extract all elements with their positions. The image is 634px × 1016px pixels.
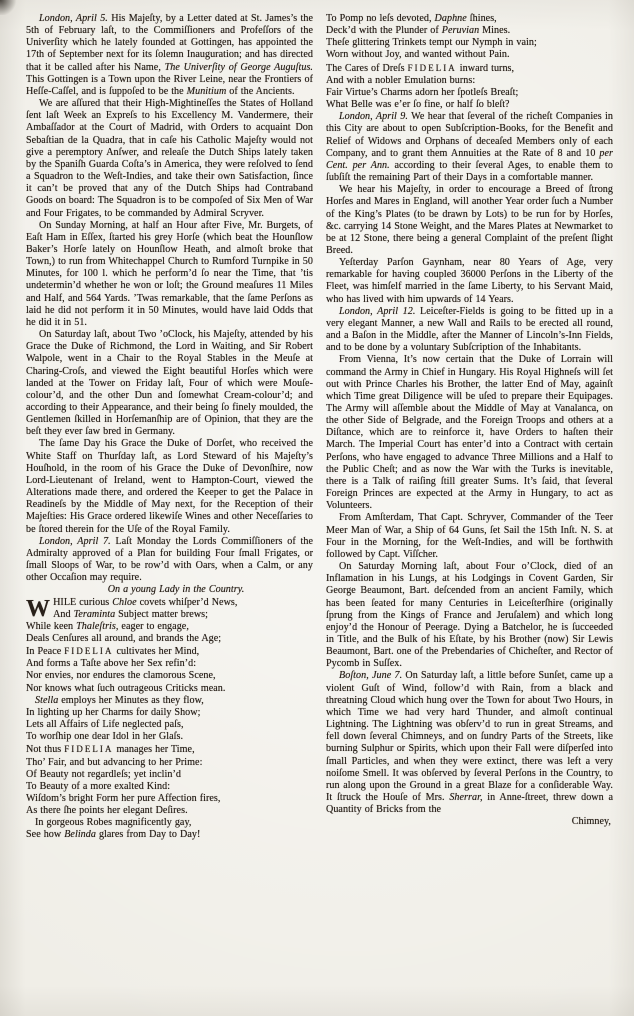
section-heading: On a young Lady in the Country. xyxy=(26,584,313,596)
body-text: Nor envies, nor endures the clamorous Sc… xyxy=(26,670,216,681)
body-text: And forms a Taſte above her Sex refin’d: xyxy=(26,658,196,669)
body-text: Tho’ Fair, and but advancing to her Prim… xyxy=(26,757,202,768)
body-text: Deck’d with the Plunder of xyxy=(326,25,442,36)
italic-text: Munitium xyxy=(187,86,227,97)
spaced-caps-name: FIDELIA xyxy=(64,646,113,656)
italic-text: Stella xyxy=(35,695,58,706)
paragraph: London, April 9. We hear that ſeveral of… xyxy=(326,111,613,184)
poem-line: Of Beauty not regardleſs; yet inclin’d xyxy=(26,769,313,781)
paragraph: On Saturday laſt, about Two ’oClock, his… xyxy=(26,329,313,438)
poem-line: In Peace FIDELIA cultivates her Mind, xyxy=(26,645,313,658)
body-text: cultivates her Mind, xyxy=(113,646,199,657)
spaced-caps-name: FIDELIA xyxy=(64,744,113,754)
body-text: Not thus xyxy=(26,744,64,755)
body-text: The Cares of Dreſs xyxy=(326,63,408,74)
body-text: covets whiſper’d News, xyxy=(137,597,238,608)
body-text: Yeſterday Parſon Gaynham, near 80 Years … xyxy=(326,257,613,304)
body-text: Deals Cenſures all around, and brands th… xyxy=(26,633,221,644)
italic-text: On a young Lady in the Country. xyxy=(108,584,245,595)
body-text: On Saturday Morning laſt, about Four o’C… xyxy=(326,561,613,669)
paragraph: We hear his Majeſty, in order to encoura… xyxy=(326,184,613,257)
body-text: We hear his Majeſty, in order to encoura… xyxy=(326,184,613,256)
paragraph: Boſton, June 7. On Saturday laſt, a litt… xyxy=(326,670,613,816)
italic-text: Daphne xyxy=(435,13,467,24)
body-text: Of Beauty not regardleſs; yet inclin’d xyxy=(26,769,181,780)
body-text: inward turns, xyxy=(457,63,514,74)
paragraph: From Amſterdam, That Capt. Schryver, Com… xyxy=(326,512,613,561)
poem-line: To Beauty of a more exalted Kind: xyxy=(26,781,313,793)
poem-line: In gorgeous Robes magnificently gay, xyxy=(26,817,313,829)
poem-line: Theſe glittering Trinkets tempt our Nymp… xyxy=(326,37,613,49)
body-text: Subject matter brews; xyxy=(115,609,208,620)
body-text: Mines. xyxy=(479,25,510,36)
poem-line: Deck’d with the Plunder of Peruvian Mine… xyxy=(326,25,613,37)
italic-text: Sherrar, xyxy=(449,792,482,803)
paragraph: London, April 5. His Majeſty, by a Lette… xyxy=(26,13,313,98)
body-text: On Saturday laſt, about Two ’oClock, his… xyxy=(26,329,313,437)
catchword: Chimney, xyxy=(326,816,613,828)
body-text: HILE curious xyxy=(53,597,112,608)
body-text: To Beauty of a more exalted Kind: xyxy=(26,781,170,792)
scan-corner-smudge xyxy=(0,0,17,15)
poem-line: And forms a Taſte above her Sex refin’d: xyxy=(26,658,313,670)
drop-cap: W xyxy=(26,597,53,620)
body-text: Theſe glittering Trinkets tempt our Nymp… xyxy=(326,37,537,48)
poem: WHILE curious Chloe covets whiſper’d New… xyxy=(26,597,313,842)
body-text: , eager to engage, xyxy=(116,621,189,632)
poem-line: As there ſhe points her elegant Deſires. xyxy=(26,805,313,817)
left-column: London, April 5. His Majeſty, by a Lette… xyxy=(26,13,313,1007)
newspaper-page: London, April 5. His Majeſty, by a Lette… xyxy=(0,0,634,1016)
paragraph: London, April 12. Leiceſter-Fields is go… xyxy=(326,306,613,355)
poem-line: Worn without Joy, and wanted without Pai… xyxy=(326,49,613,61)
poem-line: In lighting up her Charms for daily Show… xyxy=(26,707,313,719)
paragraph: On Sunday Morning, at half an Hour after… xyxy=(26,220,313,329)
body-text: Nor knows what ſuch outrageous Criticks … xyxy=(26,683,225,694)
paragraph: London, April 7. Laſt Monday the Lords C… xyxy=(26,536,313,585)
body-text: In gorgeous Robes magnificently gay, xyxy=(35,817,191,828)
body-text: Fair Virtue’s Charms adorn her ſpotleſs … xyxy=(326,87,518,98)
italic-text: London, April 7. xyxy=(39,536,111,547)
italic-text: Boſton, June 7. xyxy=(339,670,402,681)
poem-line: The Cares of Dreſs FIDELIA inward turns, xyxy=(326,62,613,75)
body-text: On Saturday laſt, a little before Sunſet… xyxy=(326,670,613,803)
body-text: See how xyxy=(26,829,64,840)
body-text: glares from Day to Day! xyxy=(96,829,200,840)
poem-line: What Belle was e’er ſo fine, or half ſo … xyxy=(326,99,613,111)
poem-line: Tho’ Fair, and but advancing to her Prim… xyxy=(26,757,313,769)
poem-line: Stella employs her Minutes as they flow, xyxy=(26,695,313,707)
italic-text: Thaleſtris xyxy=(76,621,116,632)
paragraph: On Saturday Morning laſt, about Four o’C… xyxy=(326,561,613,670)
italic-text: Teraminta xyxy=(74,609,116,620)
body-text: In Peace xyxy=(26,646,64,657)
italic-text: The Univerſity of George Auguſtus. xyxy=(165,62,313,73)
italic-text: London, April 9. xyxy=(339,111,408,122)
italic-text: Peruvian xyxy=(442,25,479,36)
paragraph: The ſame Day his Grace the Duke of Dorſe… xyxy=(26,438,313,535)
body-text: On Sunday Morning, at half an Hour after… xyxy=(26,220,313,328)
body-text: The ſame Day his Grace the Duke of Dorſe… xyxy=(26,438,313,534)
poem-line: Nor envies, nor endures the clamorous Sc… xyxy=(26,670,313,682)
body-text: To Pomp no leſs devoted, xyxy=(326,13,435,24)
body-text: In lighting up her Charms for daily Show… xyxy=(26,707,200,718)
italic-text: London, April 5. xyxy=(39,13,108,24)
italic-text: Belinda xyxy=(64,829,96,840)
poem: To Pomp no leſs devoted, Daphne ſhines,D… xyxy=(326,13,613,111)
body-text: As there ſhe points her elegant Deſires. xyxy=(26,805,188,816)
body-text: While keen xyxy=(26,621,76,632)
body-text: From Amſterdam, That Capt. Schryver, Com… xyxy=(326,512,613,559)
poem-line: See how Belinda glares from Day to Day! xyxy=(26,829,313,841)
paragraph: We are aſſured that their High-Mightineſ… xyxy=(26,98,313,220)
paragraph: From Vienna, It’s now certain that the D… xyxy=(326,354,613,512)
poem-line: And with a nobler Emulation burns: xyxy=(326,75,613,87)
poem-line: HILE curious Chloe covets whiſper’d News… xyxy=(26,597,313,609)
body-text: What Belle was e’er ſo fine, or half ſo … xyxy=(326,99,510,110)
text-columns: London, April 5. His Majeſty, by a Lette… xyxy=(26,13,613,1007)
poem-line: Nor knows what ſuch outrageous Criticks … xyxy=(26,683,313,695)
poem-line: To Pomp no leſs devoted, Daphne ſhines, xyxy=(326,13,613,25)
body-text: employs her Minutes as they flow, xyxy=(58,695,204,706)
body-text: ſhines, xyxy=(467,13,497,24)
poem-line: Fair Virtue’s Charms adorn her ſpotleſs … xyxy=(326,87,613,99)
body-text: We are aſſured that their High-Mightineſ… xyxy=(26,98,313,218)
poem-line: Lets all Affairs of Life neglected paſs, xyxy=(26,719,313,731)
body-text: Wiſdom’s bright Form her pure Affection … xyxy=(26,793,220,804)
body-text: Worn without Joy, and wanted without Pai… xyxy=(326,49,510,60)
paragraph: Yeſterday Parſon Gaynham, near 80 Years … xyxy=(326,257,613,306)
italic-text: Chloe xyxy=(112,597,136,608)
body-text: To worſhip one dear Idol in her Glaſs. xyxy=(26,731,183,742)
body-text: Lets all Affairs of Life neglected paſs, xyxy=(26,719,184,730)
body-text: And with a nobler Emulation burns: xyxy=(326,75,475,86)
italic-text: London, April 12. xyxy=(339,306,415,317)
body-text: Chimney, xyxy=(572,816,611,827)
body-text: of the Ancients. xyxy=(226,86,294,97)
poem-line: Deals Cenſures all around, and brands th… xyxy=(26,633,313,645)
poem-line: While keen Thaleſtris, eager to engage, xyxy=(26,621,313,633)
body-text: manages her Time, xyxy=(113,744,194,755)
poem-line: Not thus FIDELIA manages her Time, xyxy=(26,743,313,756)
right-column: To Pomp no leſs devoted, Daphne ſhines,D… xyxy=(326,13,613,1007)
poem-line: Wiſdom’s bright Form her pure Affection … xyxy=(26,793,313,805)
spaced-caps-name: FIDELIA xyxy=(408,63,457,73)
poem-line: To worſhip one dear Idol in her Glaſs. xyxy=(26,731,313,743)
poem-line: And Teraminta Subject matter brews; xyxy=(26,609,313,621)
body-text: From Vienna, It’s now certain that the D… xyxy=(326,354,613,511)
body-text: And xyxy=(53,609,74,620)
